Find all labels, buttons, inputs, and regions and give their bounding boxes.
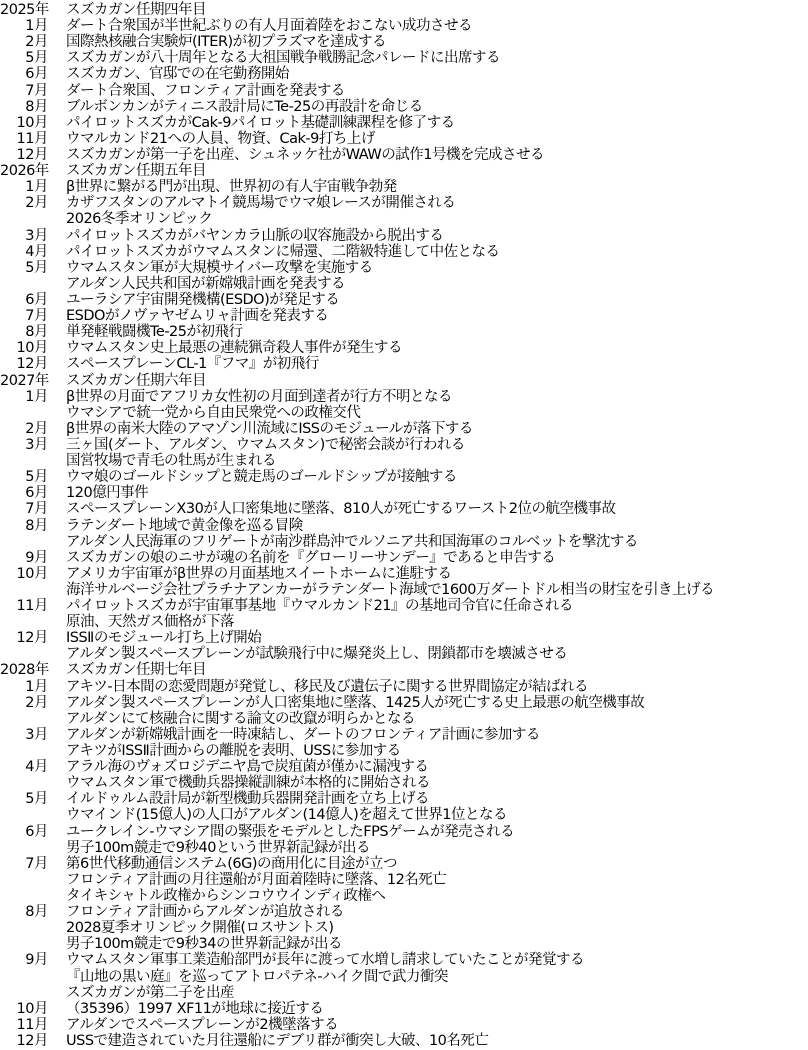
row-event-text: ダート合衆国、フロンティア計画を発表する [66,83,345,99]
row-event-text: アルダン人民海軍のフリゲートが南沙群島沖でルソニア共和国海軍のコルベットを撃沈す… [66,534,638,550]
row-date-label [0,453,48,469]
timeline-row: 12月スペースプレーンCL-1『フマ』が初飛行 [0,356,808,372]
row-event-text: ブルボンカンがティニス設計局にTe-25の再設計を命じる [66,99,423,115]
row-event-text: ラテンダート地域で黄金像を巡る冒険 [66,518,303,534]
row-date-label [0,985,48,1001]
timeline-row: 4月アラル海のヴォズロジデニヤ島で炭疽菌が僅かに漏洩する [0,759,808,775]
row-date-label: 1月 [0,179,48,195]
row-event-text: ウマムスタン史上最悪の連続猟奇殺人事件が発生する [66,340,402,356]
timeline-row: 3月アルダンが新嫦娥計画を一時凍結し、ダートのフロンティア計画に参加する [0,727,808,743]
timeline-row: 3月三ヶ国(ダート、アルダン、ウマムスタン)で秘密会談が行われる [0,437,808,453]
row-event-text: パイロットスズカがバヤンカラ山脈の収容施設から脱出する [66,228,443,244]
timeline-row: 6月ユークレイン-ウマシア間の緊張をモデルとしたFPSゲームが発売される [0,824,808,840]
row-event-text: フロンティア計画からアルダンが追放される [66,904,344,920]
row-date-label [0,534,48,550]
timeline-row: 10月ウマムスタン史上最悪の連続猟奇殺人事件が発生する [0,340,808,356]
row-date-label: 7月 [0,83,48,99]
timeline-row: 11月ウマルカンド21への人員、物資、Cak-9打ち上げ [0,131,808,147]
timeline-row: 7月ESDOがノヴァヤゼムリャ計画を発表する [0,308,808,324]
timeline-row: 12月ISSⅡのモジュール打ち上げ開始 [0,630,808,646]
row-event-text: 国際熱核融合実験炉(ITER)が初プラズマを達成する [66,34,386,50]
row-date-label: 7月 [0,501,48,517]
row-event-text: 男子100m競走で9秒34の世界新記録が出る [66,936,342,952]
row-event-text: スペースプレーンX30が人口密集地に墜落、810人が死亡するワースト2位の航空機… [66,501,615,517]
row-event-text: アルダンが新嫦娥計画を一時凍結し、ダートのフロンティア計画に参加する [66,727,540,743]
row-event-text: 第6世代移動通信システム(6G)の商用化に目途が立つ [66,856,397,872]
row-date-label: 12月 [0,1033,48,1049]
row-date-label: 7月 [0,308,48,324]
timeline-row: 1月β世界の月面でアフリカ女性初の月面到達者が行方不明となる [0,389,808,405]
timeline-row: 国営牧場で青毛の牡馬が生まれる [0,453,808,469]
row-date-label: 11月 [0,598,48,614]
row-date-label: 3月 [0,727,48,743]
row-date-label: 6月 [0,66,48,82]
row-event-text: アキツがISSⅡ計画からの離脱を表明、USSに参加する [66,743,401,759]
timeline-row: 8月単発軽戦闘機Te-25が初飛行 [0,324,808,340]
timeline-row: 7月第6世代移動通信システム(6G)の商用化に目途が立つ [0,856,808,872]
timeline-row: 8月ブルボンカンがティニス設計局にTe-25の再設計を命じる [0,99,808,115]
row-event-text: β世界の南米大陸のアマゾン川流域にISSのモジュールが落下する [66,421,473,437]
row-date-label: 10月 [0,1001,48,1017]
timeline-row: 2026冬季オリンピック [0,211,808,227]
timeline-row: 1月ダート合衆国が半世紀ぶりの有人月面着陸をおこない成功させる [0,18,808,34]
row-date-label: 11月 [0,131,48,147]
row-event-text: ウマムスタン軍で機動兵器操縦訓練が本格的に開始される [66,775,430,791]
row-date-label: 2月 [0,695,48,711]
row-date-label: 5月 [0,791,48,807]
row-event-text: ユーラシア宇宙開発機構(ESDO)が発足する [66,292,339,308]
row-event-text: パイロットスズカがCak-9パイロット基礎訓練課程を修了する [66,115,455,131]
row-date-label: 3月 [0,228,48,244]
timeline-row: アルダンにて核融合に関する論文の改竄が明らかとなる [0,711,808,727]
row-date-label [0,920,48,936]
timeline-row: アルダン製スペースプレーンが試験飛行中に爆発炎上し、閉鎖都市を壊滅させる [0,646,808,662]
row-date-label: 9月 [0,550,48,566]
timeline-row: 2月β世界の南米大陸のアマゾン川流域にISSのモジュールが落下する [0,421,808,437]
timeline-row: 10月パイロットスズカがCak-9パイロット基礎訓練課程を修了する [0,115,808,131]
row-event-text: 2028夏季オリンピック開催(ロスサントス) [66,920,333,936]
timeline-row: 10月（35396）1997 XF11が地球に接近する [0,1001,808,1017]
timeline-row: 海洋サルベージ会社プラチナアンカーがラテンダート海域で1600万ダートドル相当の… [0,582,808,598]
row-date-label: 2027年 [0,373,48,389]
timeline-row: 3月パイロットスズカがバヤンカラ山脈の収容施設から脱出する [0,228,808,244]
row-date-label: 1月 [0,18,48,34]
timeline-row: 2028夏季オリンピック開催(ロスサントス) [0,920,808,936]
timeline-row: 5月ウマムスタン軍が大規模サイバー攻撃を実施する [0,260,808,276]
row-event-text: スズカガンの娘のニサが魂の名前を『グローリーサンデー』であると申告する [66,550,555,566]
row-date-label: 8月 [0,904,48,920]
row-date-label: 1月 [0,389,48,405]
row-date-label: 6月 [0,292,48,308]
row-date-label [0,582,48,598]
timeline-row: 8月フロンティア計画からアルダンが追放される [0,904,808,920]
timeline-row: 5月スズカガンが八十周年となる大祖国戦争戦勝記念パレードに出席する [0,50,808,66]
row-event-text: アルダン製スペースプレーンが試験飛行中に爆発炎上し、閉鎖都市を壊滅させる [66,646,567,662]
timeline-year-row: 2028年スズカガン任期七年目 [0,662,808,678]
row-event-text: β世界に繋がる門が出現、世界初の有人宇宙戦争勃発 [66,179,397,195]
row-date-label: 2028年 [0,662,48,678]
row-event-text: ユークレイン-ウマシア間の緊張をモデルとしたFPSゲームが発売される [66,824,514,840]
timeline-year-row: 2027年スズカガン任期六年目 [0,373,808,389]
timeline-row: 8月ラテンダート地域で黄金像を巡る冒険 [0,518,808,534]
timeline-row: ウマムスタン軍で機動兵器操縦訓練が本格的に開始される [0,775,808,791]
row-date-label: 10月 [0,340,48,356]
row-date-label: 4月 [0,759,48,775]
row-date-label [0,211,48,227]
row-event-text: 国営牧場で青毛の牡馬が生まれる [66,453,276,469]
row-date-label [0,872,48,888]
row-event-text: （35396）1997 XF11が地球に接近する [66,1001,323,1017]
row-event-text: 男子100m競走で9秒40という世界新記録が出る [66,840,370,856]
timeline-row: 2月国際熱核融合実験炉(ITER)が初プラズマを達成する [0,34,808,50]
timeline-row: 4月パイロットスズカがウマムスタンに帰還、二階級特進して中佐となる [0,244,808,260]
row-event-text: 原油、天然ガス価格が下落 [66,614,234,630]
row-event-text: スズカガンが第一子を出産、シュネッケ社がWAWの試作1号機を完成させる [66,147,544,163]
row-event-text: アルダン人民共和国が新嫦娥計画を発表する [66,276,345,292]
row-event-text: スズカガン、官邸での在宅勤務開始 [66,66,289,82]
row-date-label [0,711,48,727]
timeline-row: 6月120億円事件 [0,485,808,501]
row-event-text: ISSⅡのモジュール打ち上げ開始 [66,630,261,646]
row-date-label: 9月 [0,952,48,968]
row-date-label: 8月 [0,518,48,534]
row-event-text: ダート合衆国が半世紀ぶりの有人月面着陸をおこない成功させる [66,18,472,34]
timeline-row: 1月β世界に繋がる門が出現、世界初の有人宇宙戦争勃発 [0,179,808,195]
timeline-row: 5月ウマ娘のゴールドシップと競走馬のゴールドシップが接触する [0,469,808,485]
row-event-text: 三ヶ国(ダート、アルダン、ウマムスタン)で秘密会談が行われる [66,437,465,453]
row-date-label [0,969,48,985]
row-event-text: 120億円事件 [66,485,148,501]
row-event-text: ESDOがノヴァヤゼムリャ計画を発表する [66,308,328,324]
row-date-label: 5月 [0,50,48,66]
timeline-row: ウマインド(15億人)の人口がアルダン(14億人)を超えて世界1位となる [0,807,808,823]
row-event-text: ウマシアで統一党から自由民衆党への政権交代 [66,405,360,421]
timeline-row: アルダン人民共和国が新嫦娥計画を発表する [0,276,808,292]
row-event-text: パイロットスズカがウマムスタンに帰還、二階級特進して中佐となる [66,244,500,260]
row-event-text: アキツ-日本間の恋愛問題が発覚し、移民及び遺伝子に関する世界間協定が結ばれる [66,679,588,695]
row-date-label [0,936,48,952]
row-event-text: 『山地の黒い庭』を巡ってアトロパテネ-ハイク間で武力衝突 [66,969,448,985]
row-event-text: イルドゥルム設計局が新型機動兵器開発計画を立ち上げる [66,791,429,807]
timeline-row: スズカガンが第二子を出産 [0,985,808,1001]
row-date-label: 2月 [0,34,48,50]
row-event-text: タイキシャトル政権からシンコウウインディ政権へ [66,888,385,904]
row-date-label [0,807,48,823]
timeline-row: 男子100m競走で9秒40という世界新記録が出る [0,840,808,856]
row-date-label: 2月 [0,421,48,437]
timeline-row: 6月ユーラシア宇宙開発機構(ESDO)が発足する [0,292,808,308]
row-date-label: 10月 [0,115,48,131]
row-event-text: アルダンでスペースプレーンが2機墜落する [66,1017,338,1033]
row-event-text: スズカガン任期五年目 [66,163,206,179]
row-event-text: ウマムスタン軍が大規模サイバー攻撃を実施する [66,260,373,276]
timeline-row: タイキシャトル政権からシンコウウインディ政権へ [0,888,808,904]
timeline-row: 6月スズカガン、官邸での在宅勤務開始 [0,66,808,82]
timeline-row: 男子100m競走で9秒34の世界新記録が出る [0,936,808,952]
timeline-row: 11月パイロットスズカが宇宙軍事基地『ウマルカンド21』の基地司令官に任命される [0,598,808,614]
row-date-label: 12月 [0,630,48,646]
row-event-text: USSで建造されていた月往還船にデブリ群が衝突し大破、10名死亡 [66,1033,488,1049]
row-event-text: ウマ娘のゴールドシップと競走馬のゴールドシップが接触する [66,469,457,485]
row-event-text: カザフスタンのアルマトイ競馬場でウマ娘レースが開催される [66,195,455,211]
row-event-text: 海洋サルベージ会社プラチナアンカーがラテンダート海域で1600万ダートドル相当の… [66,582,714,598]
row-date-label: 4月 [0,244,48,260]
row-date-label [0,775,48,791]
row-event-text: スズカガンが八十周年となる大祖国戦争戦勝記念パレードに出席する [66,50,500,66]
row-event-text: パイロットスズカが宇宙軍事基地『ウマルカンド21』の基地司令官に任命される [66,598,573,614]
row-event-text: アメリカ宇宙軍がβ世界の月面基地スイートホームに進駐する [66,566,451,582]
timeline-row: 1月アキツ-日本間の恋愛問題が発覚し、移民及び遺伝子に関する世界間協定が結ばれる [0,679,808,695]
timeline-row: 7月ダート合衆国、フロンティア計画を発表する [0,83,808,99]
timeline-row: 『山地の黒い庭』を巡ってアトロパテネ-ハイク間で武力衝突 [0,969,808,985]
timeline-document: 2025年スズカガン任期四年目1月ダート合衆国が半世紀ぶりの有人月面着陸をおこな… [0,0,808,1050]
row-date-label: 10月 [0,566,48,582]
row-date-label: 2月 [0,195,48,211]
row-event-text: スズカガン任期四年目 [66,2,206,18]
row-date-label [0,646,48,662]
timeline-row: 5月イルドゥルム設計局が新型機動兵器開発計画を立ち上げる [0,791,808,807]
row-date-label: 5月 [0,260,48,276]
row-event-text: アルダン製スペースプレーンが人口密集地に墜落、1425人が死亡する史上最悪の航空… [66,695,644,711]
timeline-row: アキツがISSⅡ計画からの離脱を表明、USSに参加する [0,743,808,759]
row-date-label [0,276,48,292]
row-date-label: 6月 [0,485,48,501]
row-event-text: 単発軽戦闘機Te-25が初飛行 [66,324,243,340]
timeline-row: 12月USSで建造されていた月往還船にデブリ群が衝突し大破、10名死亡 [0,1033,808,1049]
row-date-label: 12月 [0,147,48,163]
row-event-text: 2026冬季オリンピック [66,211,212,227]
row-event-text: ウマインド(15億人)の人口がアルダン(14億人)を超えて世界1位となる [66,807,507,823]
row-date-label: 2026年 [0,163,48,179]
timeline-year-row: 2026年スズカガン任期五年目 [0,163,808,179]
timeline-row: 10月アメリカ宇宙軍がβ世界の月面基地スイートホームに進駐する [0,566,808,582]
timeline-row: ウマシアで統一党から自由民衆党への政権交代 [0,405,808,421]
timeline-row: 12月スズカガンが第一子を出産、シュネッケ社がWAWの試作1号機を完成させる [0,147,808,163]
row-event-text: フロンティア計画の月往還船が月面着陸時に墜落、12名死亡 [66,872,446,888]
row-date-label: 2025年 [0,2,48,18]
row-date-label: 7月 [0,856,48,872]
row-event-text: スズカガンが第二子を出産 [66,985,234,1001]
row-event-text: ウマムスタン軍事工業造船部門が長年に渡って水増し請求していたことが発覚する [66,952,584,968]
row-date-label: 5月 [0,469,48,485]
row-date-label [0,405,48,421]
row-date-label: 11月 [0,1017,48,1033]
row-event-text: ウマルカンド21への人員、物資、Cak-9打ち上げ [66,131,375,147]
row-event-text: スズカガン任期七年目 [66,662,206,678]
timeline-row: 2月アルダン製スペースプレーンが人口密集地に墜落、1425人が死亡する史上最悪の… [0,695,808,711]
row-date-label [0,743,48,759]
row-date-label: 8月 [0,99,48,115]
timeline-row: 9月スズカガンの娘のニサが魂の名前を『グローリーサンデー』であると申告する [0,550,808,566]
row-date-label [0,614,48,630]
row-date-label: 6月 [0,824,48,840]
timeline-row: 原油、天然ガス価格が下落 [0,614,808,630]
timeline-row: 7月スペースプレーンX30が人口密集地に墜落、810人が死亡するワースト2位の航… [0,501,808,517]
timeline-row: アルダン人民海軍のフリゲートが南沙群島沖でルソニア共和国海軍のコルベットを撃沈す… [0,534,808,550]
timeline-row: 9月ウマムスタン軍事工業造船部門が長年に渡って水増し請求していたことが発覚する [0,952,808,968]
row-event-text: アルダンにて核融合に関する論文の改竄が明らかとなる [66,711,415,727]
row-date-label: 1月 [0,679,48,695]
row-date-label [0,840,48,856]
row-event-text: β世界の月面でアフリカ女性初の月面到達者が行方不明となる [66,389,452,405]
timeline-row: 2月カザフスタンのアルマトイ競馬場でウマ娘レースが開催される [0,195,808,211]
row-date-label [0,888,48,904]
timeline-row: 11月アルダンでスペースプレーンが2機墜落する [0,1017,808,1033]
row-date-label: 12月 [0,356,48,372]
row-date-label: 8月 [0,324,48,340]
row-event-text: スペースプレーンCL-1『フマ』が初飛行 [66,356,319,372]
timeline-row: フロンティア計画の月往還船が月面着陸時に墜落、12名死亡 [0,872,808,888]
row-event-text: スズカガン任期六年目 [66,373,206,389]
row-date-label: 3月 [0,437,48,453]
timeline-year-row: 2025年スズカガン任期四年目 [0,2,808,18]
row-event-text: アラル海のヴォズロジデニヤ島で炭疽菌が僅かに漏洩する [66,759,428,775]
